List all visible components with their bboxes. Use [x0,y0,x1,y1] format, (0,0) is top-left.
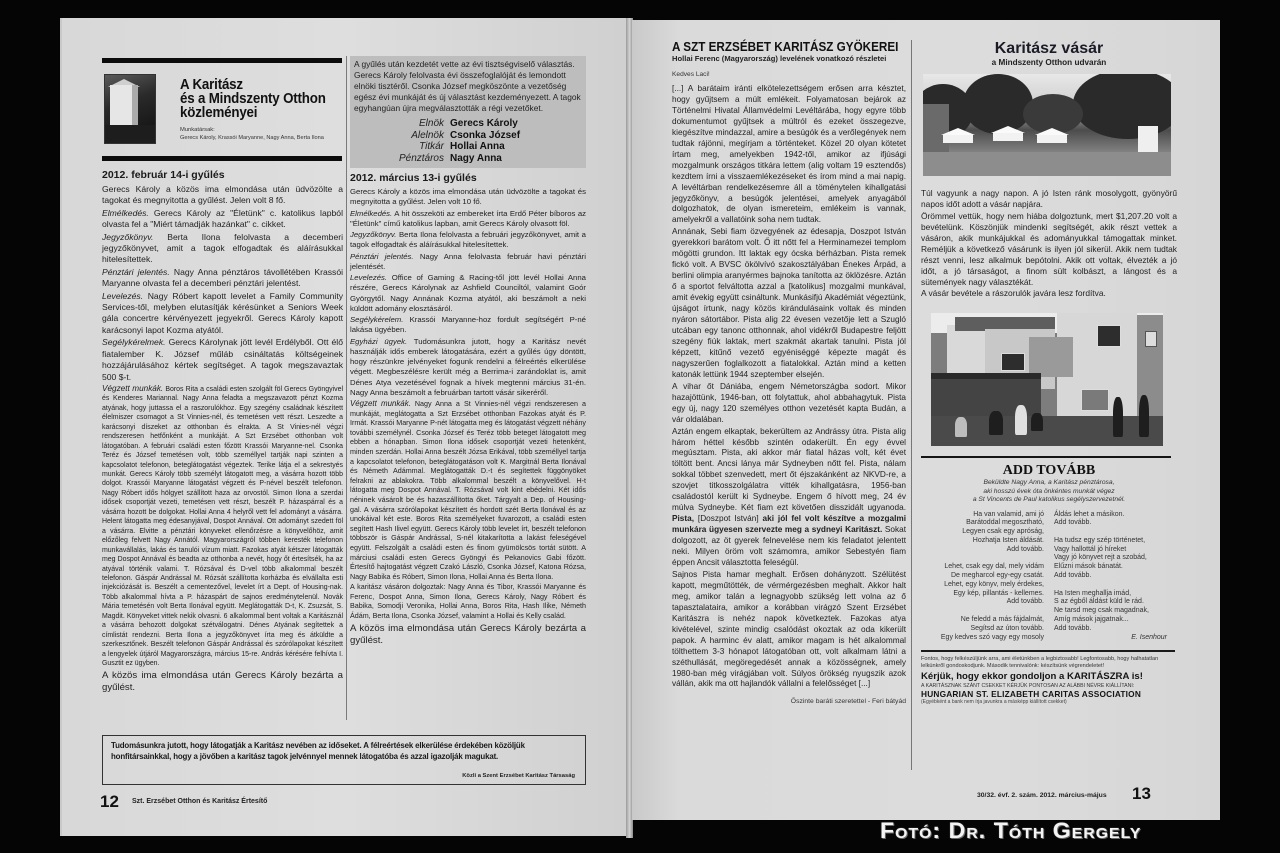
letter-body: [...] A barátaim iránti elkötelezettsége… [672,84,906,690]
page-number: 13 [1132,784,1151,804]
fair-title: Karitász vásár [917,40,1181,58]
section-rule [921,456,1171,458]
paragraph: Levelezés. Nagy Róbert kapott levelet a … [102,291,343,337]
paragraph: Jegyzőkönyv. Berta Ilona felolvasta a fe… [350,230,586,251]
officer-role: Alelnök [354,130,444,142]
paragraph: Örömmel vettük, hogy nem hiába dolgoztun… [921,211,1177,288]
poem-author: E. Isenhour [1054,634,1181,643]
page-13: A SZT ERZSÉBET KARITÁSZ GYÖKEREI Hollai … [632,20,1220,820]
fair-subtitle: a Mindszenty Otthon udvarán [917,58,1181,68]
paragraph: Végzett munkák. Boros Rita a családi est… [102,384,343,669]
paragraph: Segélykérelmek. Gerecs Károlynak jött le… [102,337,343,383]
paragraph: Jegyzőkönyv. Berta Ilona felolvasta a de… [102,232,343,266]
article-subtitle: Hollai Ferenc (Magyarország) levelének v… [672,54,906,64]
paragraph: A vásár bevétele a rászorulók javára les… [921,288,1177,299]
paragraph: Egyházi ügyek. Tudomásunkra jutott, hogy… [350,337,586,399]
paragraph: Elmélkedés. A hit összeköti az embereket… [350,209,586,230]
roots-article: A SZT ERZSÉBET KARITÁSZ GYÖKEREI Hollai … [672,40,906,705]
officer-role: Titkár [354,141,444,153]
page-12: A Karitász és a Mindszenty Otthon közlem… [60,18,626,836]
paragraph: Aztán engem elkaptak, bekerültem az Andr… [672,427,906,569]
staff-label: Munkatársak: [180,127,215,133]
page-edge [60,18,62,836]
column-divider [911,40,912,770]
paragraph: Gerecs Károly a közös ima elmondása után… [350,187,586,208]
paragraph: Gerecs Károly a közös ima elmondása után… [102,184,343,207]
officer-role: Elnök [354,118,444,130]
photo-credit: Fotó: Dr. Tóth Gergely [880,818,1141,844]
ad-headline: Kérjük, hogy ekkor gondoljon a KARITÁSZR… [921,671,1175,682]
poem-right-column: Áldás lehet a másikon. Add tovább. Ha tu… [1054,511,1181,643]
building-photo [104,74,156,144]
poem-title: ADD TOVÁBB [917,463,1181,479]
staff-names: Gerecs Károly, Krassói Maryanne, Nagy An… [180,135,324,141]
fair-paragraphs: Túl vagyunk a nagy napon. A jó Isten rán… [921,188,1177,299]
paragraph: Sajnos Pista hamar meghalt. Erősen dohán… [672,570,906,690]
poem-intro: Beküldte Nagy Anna, a Karitász pénztáros… [917,479,1181,505]
ad-organization: HUNGARIAN ST. ELIZABETH CARITAS ASSOCIAT… [921,689,1175,699]
feb-meeting-column: 2012. február 14-i gyűlés Gerecs Károly … [102,169,343,695]
closing-line: A közös ima elmondása után Gerecs Károly… [350,623,586,647]
poem-left-column: Ha van valamid, ami jó Barátoddal megosz… [917,511,1044,643]
fair-tents-photo [923,74,1171,176]
column-divider [346,56,347,720]
header-rule-top [102,58,342,63]
paragraph: Segélykérelem. Krassói Maryanne-hoz ford… [350,315,586,336]
election-box: A gyűlés után kezdetét vette az évi tisz… [350,56,586,168]
poem-body: Ha van valamid, ami jó Barátoddal megosz… [917,511,1181,643]
column-header: A Karitász és a Mindszenty Otthon közlem… [102,58,342,162]
officer-name: Hollai Anna [450,141,570,153]
publication-name: Szt. Erzsébet Otthon és Karitász Értesít… [132,798,267,805]
header-rule-bottom [102,156,342,161]
paragraph: Levelezés. Office of Gaming & Racing-től… [350,273,586,314]
paragraph: A karitász vásáron dolgoztak: Nagy Anna … [350,583,586,621]
fair-column: Karitász vásár a Mindszenty Otthon udvar… [917,40,1181,705]
paragraph: [...] A barátaim iránti elkötelezettsége… [672,84,906,226]
paragraph: Pénztári jelentés. Nagy Anna felolvasta … [350,252,586,273]
paragraph: Pénztári jelentés. Nagy Anna pénztáros t… [102,267,343,290]
article-title: A SZT ERZSÉBET KARITÁSZ GYÖKEREI [672,40,883,54]
notice-box: Tudomásunkra jutott, hogy látogatják a K… [102,735,586,785]
courtyard-photo [931,313,1163,446]
column-title: A Karitász és a Mindszenty Otthon közlem… [180,78,326,120]
paragraph: A vihar őt Dániába, engem Németországba … [672,382,906,426]
officers-list: Elnök Gerecs Károly Alelnök Csonka Józse… [354,118,582,164]
mar-meeting-heading: 2012. március 13-i gyűlés [350,172,586,185]
election-text: A gyűlés után kezdetét vette az évi tisz… [354,59,582,114]
letter-greeting: Kedves Laci! [672,71,906,78]
officer-role: Pénztáros [354,153,444,165]
notice-signature: Közli a Szent Erzsébet Karitász Társaság [462,773,575,779]
letter-signoff: Őszinte baráti szeretettel - Feri bátyád [672,698,906,705]
paragraph: Elmélkedés. Gerecs Károly az "Életünk" c… [102,208,343,231]
fair-text: Túl vagyunk a nagy napon. A jó Isten rán… [921,188,1177,299]
ad-note: (Egyébként a bank nem írja javunkra a má… [921,699,1175,705]
feb-meeting-heading: 2012. február 14-i gyűlés [102,169,343,182]
mar-meeting-column: A gyűlés után kezdetét vette az évi tisz… [350,56,586,648]
officer-name: Nagy Anna [450,153,570,165]
issue-info: 30/32. évf. 2. szám. 2012. március-május [977,792,1107,799]
paragraph: Annának, Sebi fiam özvegyének az édesapj… [672,227,906,380]
officer-name: Gerecs Károly [450,118,570,130]
officer-name: Csonka József [450,130,570,142]
feb-meeting-body: Gerecs Károly a közös ima elmondása után… [102,184,343,694]
paragraph: Végzett munkák. Nagy Anna a St Vinnies-n… [350,399,586,582]
page-number: 12 [100,792,119,812]
paragraph: Túl vagyunk a nagy napon. A jó Isten rán… [921,188,1177,210]
closing-line: A közös ima elmondása után Gerecs Károly… [102,670,343,694]
mar-meeting-body: Gerecs Károly a közös ima elmondása után… [350,187,586,647]
ad-intro: Fontos, hogy felkészüljünk arra, ami éle… [921,656,1175,670]
notice-text: Tudomásunkra jutott, hogy látogatják a K… [111,741,577,762]
bequest-ad: Fontos, hogy felkészüljünk arra, ami éle… [921,650,1175,705]
